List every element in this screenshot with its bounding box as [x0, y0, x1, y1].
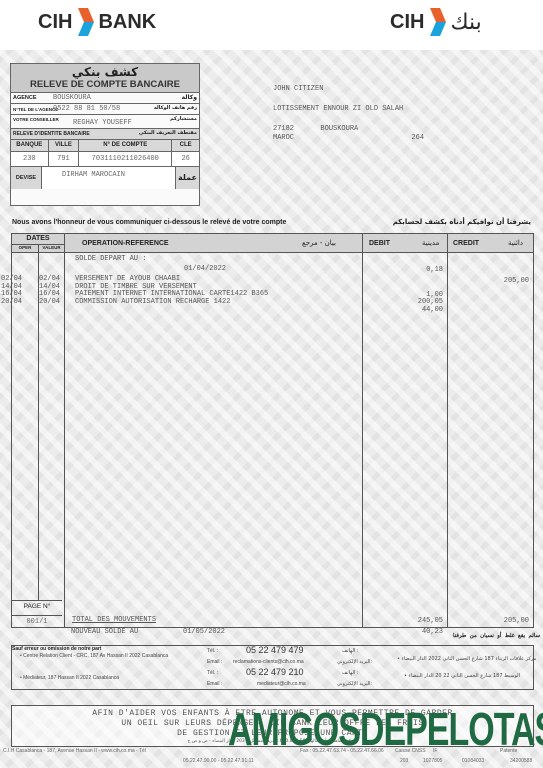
email1-label: Email : — [207, 659, 222, 665]
nouveau-solde-date: 01/05/2022 — [183, 628, 225, 636]
mediateur-address-ar: • الوسيط 187 شارع الحسن الثاني 22 20 الد… — [404, 673, 520, 679]
email1-value[interactable]: reclamations-clients@cih.co.ma — [233, 659, 304, 665]
rib-label-ar: مقتطف التعريف البنكي — [139, 130, 197, 136]
col-cle: CLE — [172, 140, 199, 151]
conseiller-value: REGHAY YOUSEFF — [73, 119, 132, 127]
total-credit: 205,00 — [452, 618, 529, 626]
header: CIH BANK CIH بنك — [0, 0, 543, 50]
solde-depart-debit: 0,18 — [372, 267, 443, 275]
crc-address-ar: • مركز علاقات الزبناء 187 شارع الحسن الث… — [397, 656, 536, 662]
crc-address: • Centre Relation Client - CRC, 187 Av H… — [20, 653, 168, 659]
logo-text-bank-ar: بنك — [450, 10, 481, 35]
rib-label: RELEVE D'IDENTITE BANCAIRE — [13, 131, 90, 137]
col-banque: BANQUE — [11, 140, 49, 151]
agence-label: AGENCE — [13, 95, 37, 101]
row-debit: 44,00 — [372, 307, 443, 315]
agence-row: AGENCE BOUSKOURA وكالة — [11, 93, 199, 104]
banque-value: 230 — [11, 152, 49, 166]
page-number-box: PAGE N° 001/1 — [12, 600, 62, 628]
contact-title: Sauf erreur ou omission de notre part — [12, 646, 101, 652]
chevron-logo-icon — [428, 8, 446, 36]
tel1-label-ar: الهاتف : — [342, 648, 359, 654]
mediateur-address: • Médiateur, 187 Hassan II 2022 Casablan… — [20, 675, 119, 681]
city: BOUSKOURA — [320, 125, 358, 133]
tel2-label: Tél. : — [207, 670, 218, 676]
nouveau-solde-note-ar: سالم يقع غلط أو نسيان من طرفنا — [453, 632, 540, 639]
logo-text-bank: BANK — [98, 11, 156, 34]
footer-cnss-value: 01084033 — [462, 758, 484, 764]
footer-phones: 05.22.47.90.00 - 05.22.47.91.11 — [183, 758, 254, 764]
row-label: COMMISSION AUTORISATION RECHARGE 1422 — [75, 299, 230, 307]
agence-value: BOUSKOURA — [53, 94, 91, 102]
rib-row: RELEVE D'IDENTITE BANCAIRE مقتطف التعريف… — [11, 129, 199, 140]
agence-label-ar: وكالة — [182, 94, 197, 101]
tel-row: N°TEL DE L'AGENCE 0522 88 81 50/58 رقم ه… — [11, 104, 199, 115]
email1-label-ar: البريد الإلكتروني: — [337, 659, 372, 665]
email2-label: Email : — [207, 681, 222, 687]
tel-label-ar: رقم هاتف الوكالة — [154, 105, 197, 111]
operation-header-ar: بيان - مرجع — [302, 239, 336, 247]
operation-header: OPERATION-REFERENCE — [82, 240, 169, 247]
row-oper-date: 20/04 — [1, 299, 22, 307]
contact-box: Sauf erreur ou omission de notre part • … — [11, 645, 534, 690]
nouveau-solde-value: 40,23 — [372, 628, 443, 636]
tel1-label: Tél. : — [207, 648, 218, 654]
tel-value: 0522 88 81 50/58 — [53, 105, 120, 113]
logo-text-cih: CIH — [38, 11, 72, 34]
watermark-text: AMIGOSDEPELOTAS.COM — [228, 710, 543, 751]
email2-value[interactable]: mediateur@cih.co.ma — [257, 681, 306, 687]
cih-bank-logo: CIH BANK — [38, 8, 156, 36]
footer-if-value: 1027805 — [423, 758, 442, 764]
account-info-box: كشف بنكي RELEVE DE COMPTE BANCAIRE AGENC… — [10, 63, 200, 206]
devise-value: DIRHAM MAROCAIN — [42, 167, 176, 189]
compte-value: 7031110211026400 — [79, 152, 172, 166]
oper-header: OPER — [12, 245, 38, 250]
debit-header-ar: مدينية — [422, 239, 439, 247]
address-code: 264 — [411, 134, 424, 142]
title-ar: كشف بنكي — [11, 64, 199, 79]
statement-title: كشف بنكي RELEVE DE COMPTE BANCAIRE — [11, 64, 199, 93]
page-value: 001/1 — [12, 615, 62, 629]
row-valeur-date: 20/04 — [39, 299, 60, 307]
tel-label: N°TEL DE L'AGENCE — [13, 107, 58, 112]
bank-statement-page: CIH BANK CIH بنك كشف بنكي RELEVE DE COMP… — [0, 0, 543, 768]
cih-bank-logo-arabic: CIH بنك — [390, 8, 482, 36]
customer-address: JOHN CITIZEN LOTISSEMENT ENNOUR ZI OLD S… — [273, 85, 424, 143]
transactions-table: DATES OPER VALEUR OPERATION-REFERENCE بي… — [11, 233, 534, 628]
rib-header-row: BANQUE VILLE N° DE COMPTE CLE — [11, 140, 199, 152]
title-fr: RELEVE DE COMPTE BANCAIRE — [11, 79, 199, 91]
chevron-logo-icon — [76, 8, 94, 36]
total-debit: 245,05 — [372, 618, 443, 626]
customer-name: JOHN CITIZEN — [273, 85, 424, 94]
tel2-label-ar: الهاتف : — [342, 670, 359, 676]
footer-rc: 203 — [400, 758, 408, 764]
ville-value: 791 — [49, 152, 80, 166]
footer-left: C.I.H Casablanca - 187, Avenue Hassan II… — [3, 748, 146, 754]
valeur-header: VALEUR — [39, 245, 64, 250]
credit-header: CREDIT — [453, 240, 479, 247]
intro-text-ar: يشرفنا أن نوافيكم أدناه بكشف لحسابكم — [393, 218, 531, 226]
address-line1: LOTISSEMENT ENNOUR ZI OLD SALAH — [273, 105, 424, 114]
col-ville: VILLE — [49, 140, 80, 151]
devise-label: DEVISE — [11, 167, 42, 189]
col-compte: N° DE COMPTE — [79, 140, 172, 151]
tel1-value: 05 22 479 479 — [246, 645, 304, 655]
devise-label-ar: عملة — [176, 167, 199, 189]
intro-text-fr: Nous avons l'honneur de vous communiquer… — [12, 219, 286, 226]
footer-patente-label: Patente — [500, 748, 517, 754]
email2-label-ar: البريد الإلكتروني: — [337, 681, 372, 687]
conseiller-label: VOTRE CONSEILLER — [13, 117, 59, 122]
conseiller-row: VOTRE CONSEILLER REGHAY YOUSEFF مستشاركم — [11, 115, 199, 129]
logo-text-cih-ar: CIH — [390, 11, 424, 34]
postal-code: 27182 — [273, 125, 294, 133]
credit-header-ar: دائنية — [508, 239, 523, 247]
debit-header: DEBIT — [369, 240, 390, 247]
solde-depart-label: SOLDE DEPART AU : — [75, 256, 146, 264]
footer-patente-value: 34200588 — [510, 758, 532, 764]
cle-value: 26 — [172, 152, 199, 166]
rib-values-row: 230 791 7031110211026400 26 — [11, 152, 199, 167]
tel2-value: 05 22 479 210 — [246, 667, 304, 677]
solde-depart-date: 01/04/2022 — [184, 266, 226, 274]
footer-fax: Fax : 05.22.47.63.74 - 05.22.47.66.06 — [300, 748, 384, 754]
page-label: PAGE N° — [12, 603, 62, 610]
footer-cnss-label: Caisse CNSS — [395, 748, 426, 754]
footer-if-label: IF — [433, 748, 437, 754]
nouveau-solde-label: NOUVEAU SOLDE AU — [71, 628, 138, 636]
total-movements-label: TOTAL DES MOUVEMENTS — [72, 617, 156, 625]
devise-row: DEVISE DIRHAM MAROCAIN عملة — [11, 167, 199, 189]
row-credit: 205,00 — [452, 278, 529, 286]
conseiller-label-ar: مستشاركم — [170, 116, 197, 122]
country: MAROC — [273, 134, 294, 142]
